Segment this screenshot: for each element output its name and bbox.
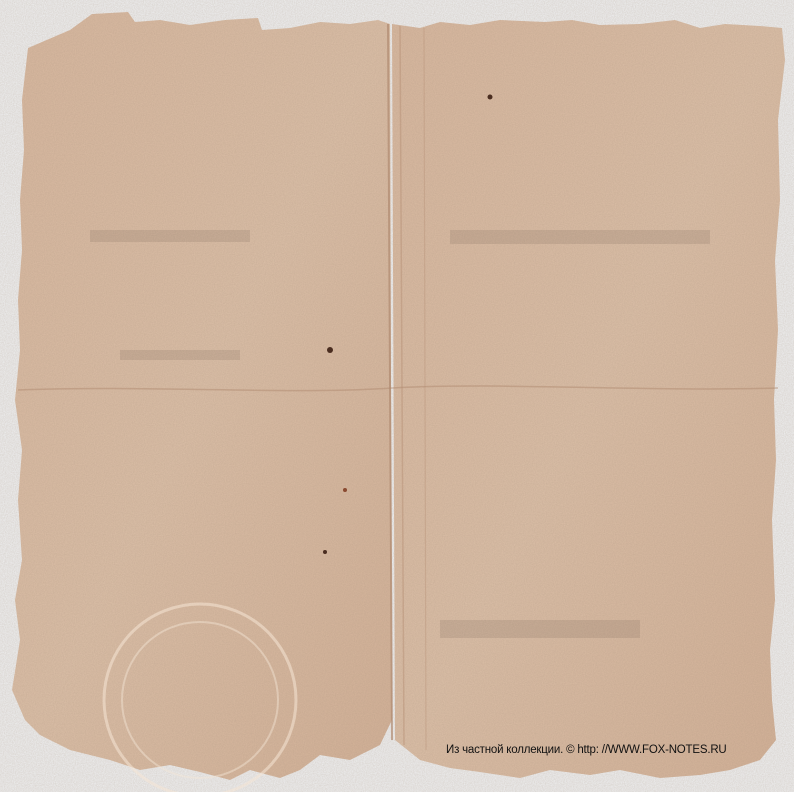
copyright-caption: Из частной коллекции. © http: //WWW.FOX-… — [446, 744, 727, 756]
banknote-paper — [0, 0, 794, 792]
